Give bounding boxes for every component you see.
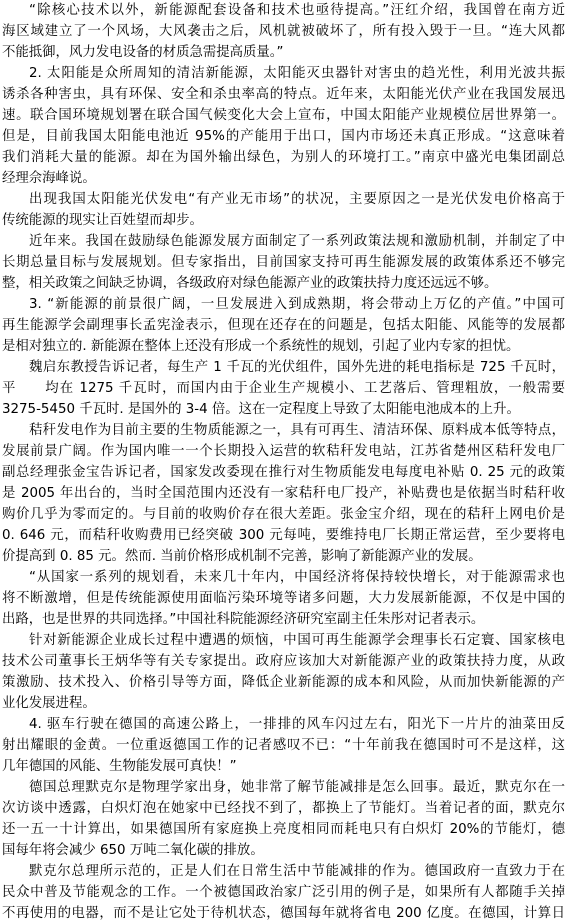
paragraph-first-line: 魏启东教授告诉记者，每生产 1 千瓦的光伏组件，国外先进的耗电指标是 725 千… xyxy=(2,357,565,378)
text-line: 发展前景广阔。作为国内唯一一个长期投入运营的软秸秆发电站，江苏省楚州区秸秆发电厂 xyxy=(2,441,565,462)
text-line: 整，相关政策之间缺乏协调，各级政府对绿色能源产业的政策扶持力度还远远不够。 xyxy=(2,273,565,294)
text-line: 0. 646 元，而秸秆收购费用已经突破 300 元每吨，要维持电厂长期正常运营… xyxy=(2,525,565,546)
document-body: “除核心技术以外，新能源配套设备和技术也亟待提高。”汪红介绍，我国曾在南方近海区… xyxy=(0,0,567,920)
text-line: 将不断激增，但是传统能源使用面临污染环境等诸多问题，大力发展新能源，不仅是中国的 xyxy=(2,588,565,609)
paragraph-first-line: 3. “新能源的前景很广阔，一旦发展进入到成熟期，将会带动上万亿的产值。”中国可 xyxy=(2,294,565,315)
text-line: 传统能源的现实让百姓望而却步。 xyxy=(2,210,565,231)
paragraph-first-line: 4. 驱车行驶在德国的高速公路上，一排排的风车闪过左右，阳光下一片片的油菜田反 xyxy=(2,714,565,735)
text-line: 再生能源学会副理事长孟宪淦表示，但现在还存在的问题是，包括太阳能、风能等的发展都 xyxy=(2,315,565,336)
text-line: 经理佘海峰说。 xyxy=(2,168,565,189)
text-line: 副总经理张金宝告诉记者，国家发改委现在推行对生物质能发电每度电补贴 0. 25 … xyxy=(2,462,565,483)
text-line: 还一五一十计算出，如果德国所有家庭换上亮度相同而耗电只有白炽灯 20%的节能灯，… xyxy=(2,819,565,840)
text-line: 诱杀各种害虫，具有环保、安全和杀虫率高的特点。近年来，太阳能光伏产业在我国发展迅 xyxy=(2,84,565,105)
text-line: 业化发展进程。 xyxy=(2,693,565,714)
text-line: 出路，也是世界的共同选择。”中国社科院能源经济研究室副主任朱彤对记者表示。 xyxy=(2,609,565,630)
paragraph-first-line: 近年来。我国在鼓励绿色能源发展方面制定了一系列政策法规和激励机制，并制定了中 xyxy=(2,231,565,252)
paragraph-first-line: “除核心技术以外，新能源配套设备和技术也亟待提高。”汪红介绍，我国曾在南方近 xyxy=(2,0,565,21)
text-line: 3275-5450 千瓦时. 是国外的 3-4 倍。这在一定程度上导致了太阳能电… xyxy=(2,399,565,420)
text-line: 策激励、技术投入、价格引导等方面，降低企业新能源的成本和风险，从而加快新能源的产 xyxy=(2,672,565,693)
text-line: 海区域建立了一个风场，大风袭击之后，风机就被破坏了，所有投入毁于一旦。“连大风都 xyxy=(2,21,565,42)
text-line: 平 均在 1275 千瓦时，而国内由于企业生产规模小、工艺落后、管理粗放，一般需… xyxy=(2,378,565,399)
text-line: 是相对独立的. 新能源在整体上还没有形成一个系统性的规划，引起了业内专家的担忧。 xyxy=(2,336,565,357)
text-line: 不能抵御，风力发电设备的材质急需提高质量。” xyxy=(2,42,565,63)
text-line: 但是，目前我国太阳能电池近 95%的产能用于出口，国内市场还未真正形成。“这意味… xyxy=(2,126,565,147)
paragraph-first-line: 针对新能源企业成长过程中遭遇的烦恼，中国可再生能源学会理事长石定寰、国家核电 xyxy=(2,630,565,651)
text-line: 不再使用的电器，而不是让它处于待机状态，德国每年就将省电 200 亿度。在德国，… xyxy=(2,903,565,920)
text-line: 国每年将会减少 650 万吨二氧化碳的排放。 xyxy=(2,840,565,861)
text-line: 价提高到 0. 85 元。然而. 当前价格形成机制不完善，影响了新能源产业的发展… xyxy=(2,546,565,567)
paragraph-first-line: “从国家一系列的规划看，未来几十年内，中国经济将保持较快增长，对于能源需求也 xyxy=(2,567,565,588)
paragraph-first-line: 德国总理默克尔是物理学家出身，她非常了解节能减排是怎么回事。最近，默克尔在一 xyxy=(2,777,565,798)
text-line: 我们消耗大量的能源。却在为国外输出绿色，为别人的环境打工。”南京中盛光电集团副总 xyxy=(2,147,565,168)
text-line: 几年德国的风能、生物能发展可真快！” xyxy=(2,756,565,777)
text-line: 购价几乎为零而定的。与目前的收购价存在很大差距。张金宝介绍，现在的秸秆上网电价是 xyxy=(2,504,565,525)
text-line: 民众中普及节能观念的工作。一个被德国政治家广泛引用的例子是，如果所有人都随手关掉 xyxy=(2,882,565,903)
paragraph-first-line: 2. 太阳能是众所周知的清洁新能源，太阳能灭虫器针对害虫的趋光性，利用光波共振 xyxy=(2,63,565,84)
text-line: 次访谈中透露，白炽灯泡在她家中已经找不到了，都换上了节能灯。当着记者的面，默克尔 xyxy=(2,798,565,819)
paragraph-first-line: 出现我国太阳能光伏发电“有产业无市场”的状况，主要原因之一是光伏发电价格高于 xyxy=(2,189,565,210)
text-line: 速。联合国环境规划署在联合国气候变化大会上宣布，中国太阳能产业规模位居世界第一。 xyxy=(2,105,565,126)
text-line: 是 2005 年出台的，当时全国范围内还没有一家秸秆电厂投产，补贴费也是依据当时… xyxy=(2,483,565,504)
text-line: 射出耀眼的金黄。一位重返德国工作的记者感叹不已：“十年前我在德国时可不是这样，这 xyxy=(2,735,565,756)
paragraph-first-line: 默克尔总理所示范的，正是人们在日常生活中节能减排的作为。德国政府一直致力于在 xyxy=(2,861,565,882)
text-line: 技术公司董事长王炳华等有关专家提出。政府应该加大对新能源产业的政策扶持力度，从政 xyxy=(2,651,565,672)
text-line: 长期总量目标与发展规划。但专家指出，目前国家支持可再生能源发展的政策体系还不够完 xyxy=(2,252,565,273)
paragraph-first-line: 秸秆发电作为目前主要的生物质能源之一，具有可再生、清洁环保、原料成本低等特点， xyxy=(2,420,565,441)
